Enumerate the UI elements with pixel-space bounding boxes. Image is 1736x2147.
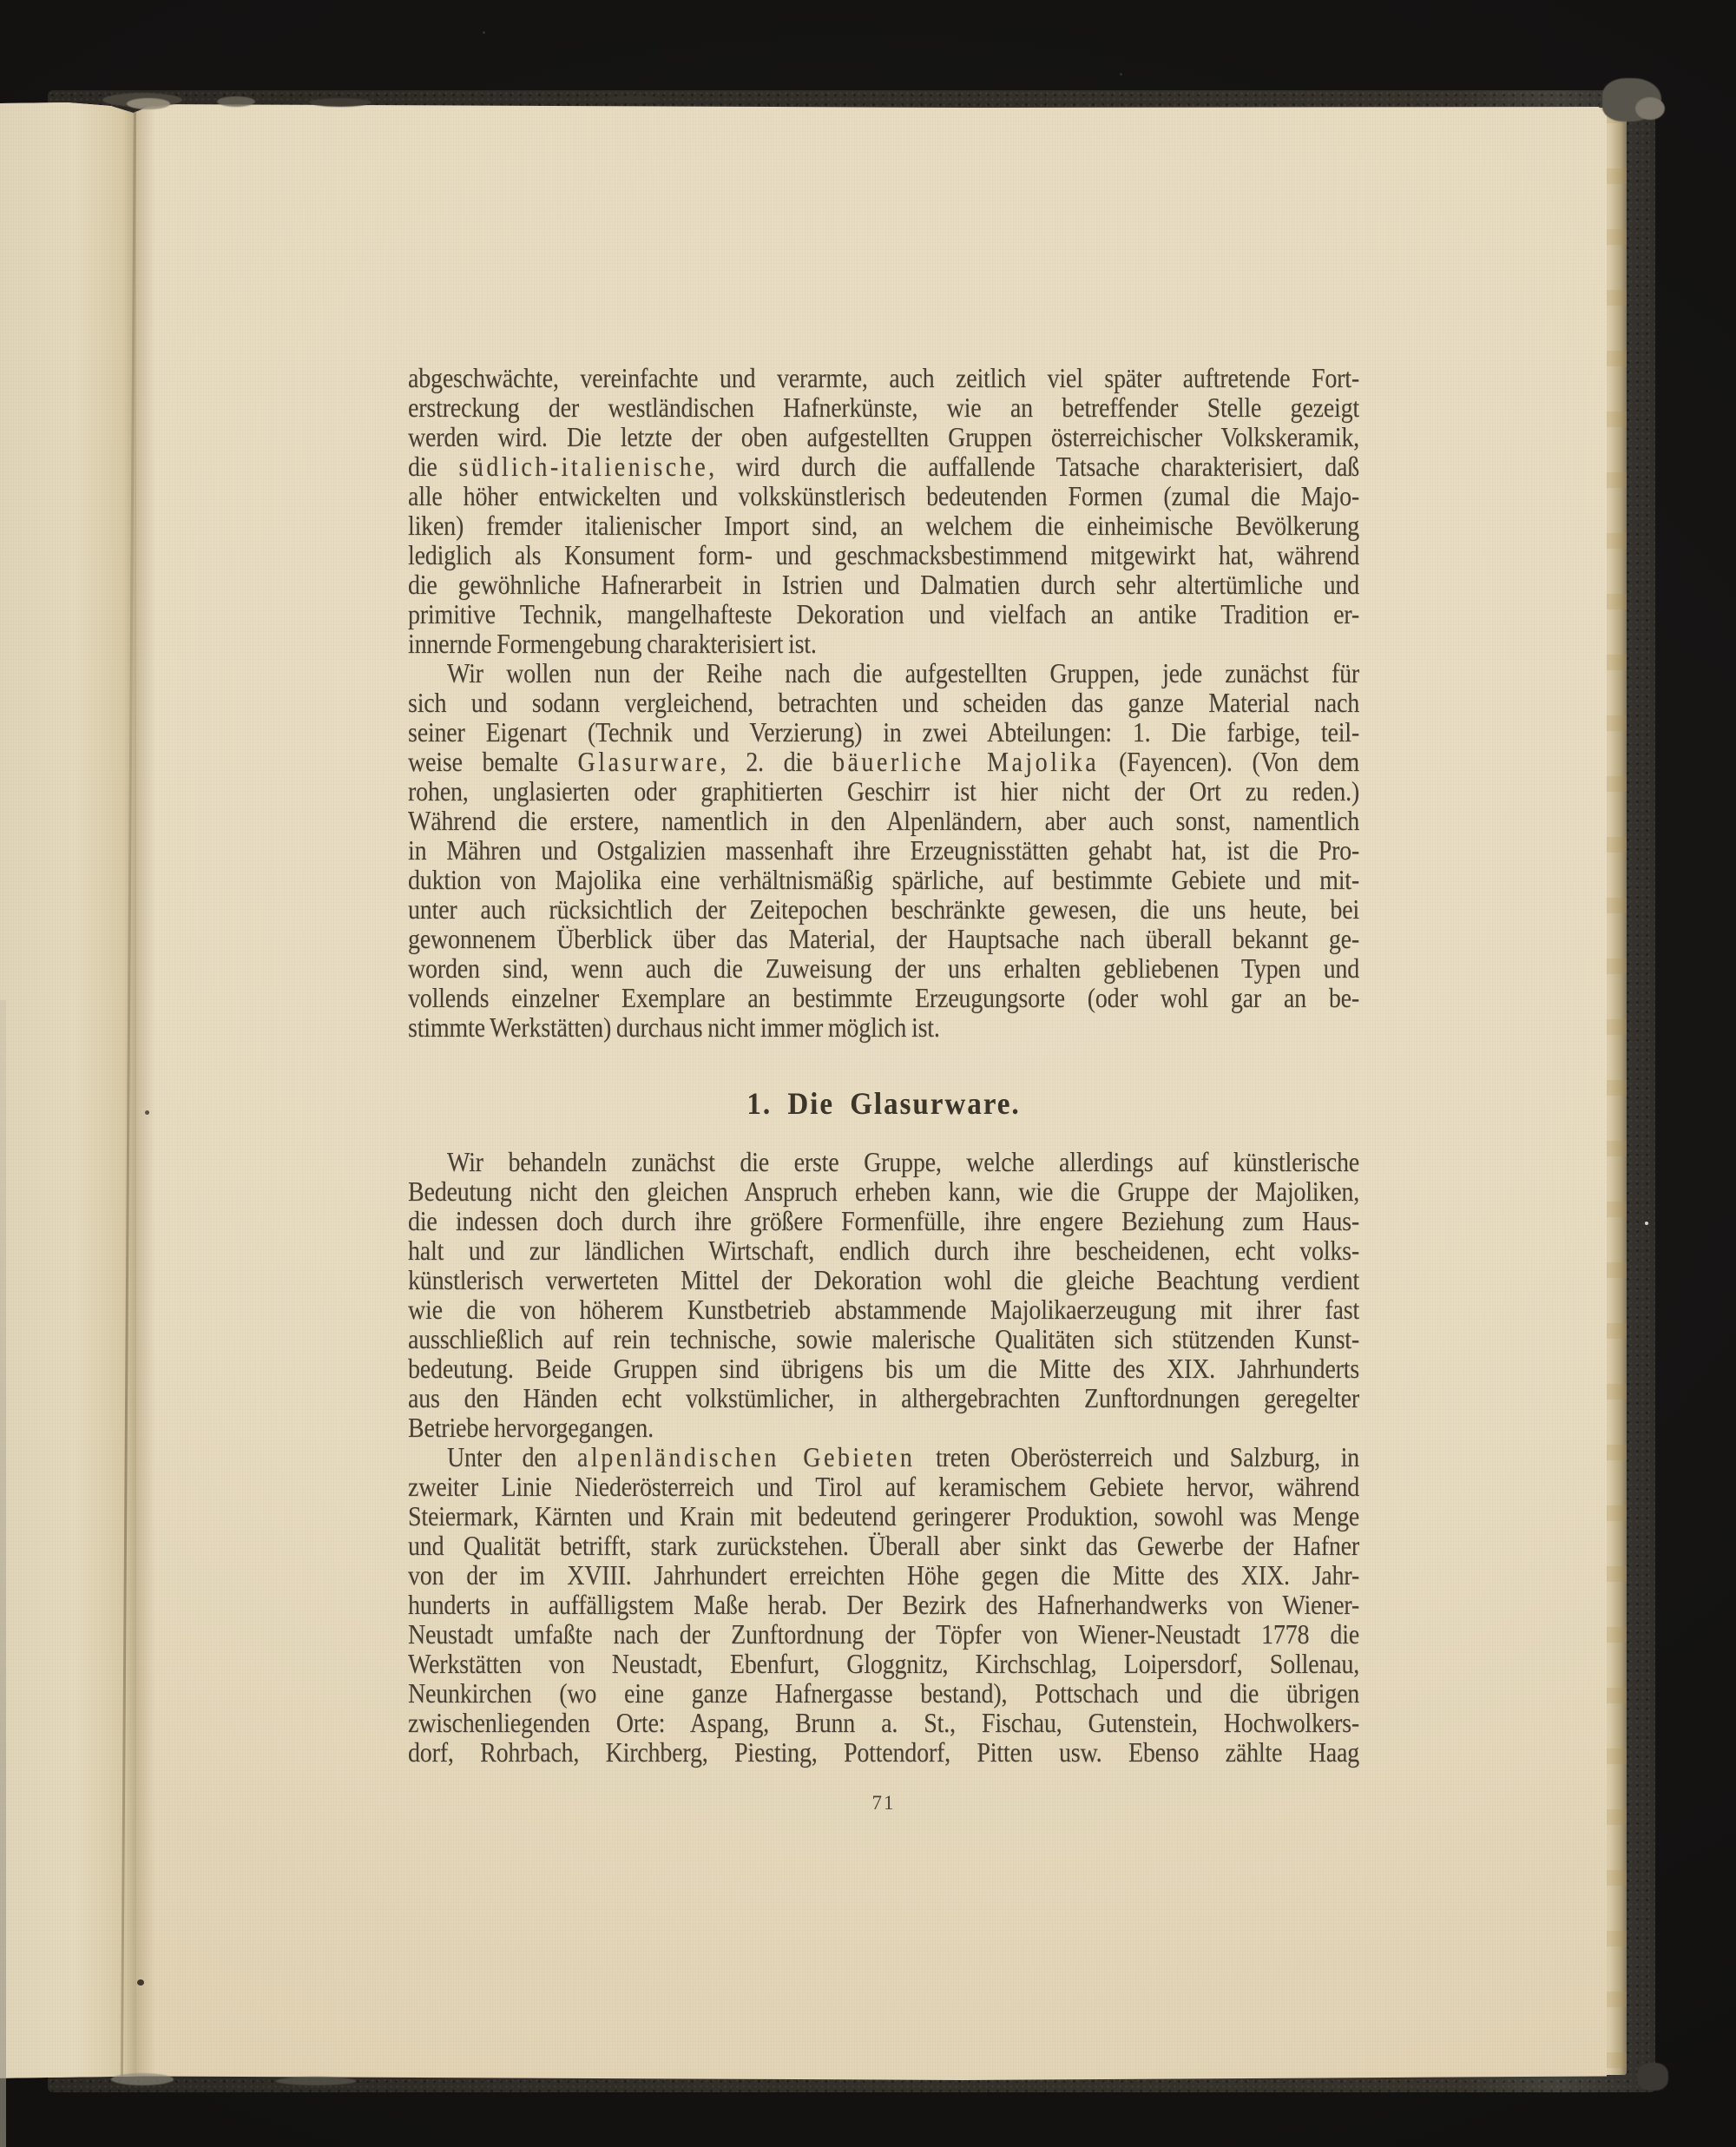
- text-line: Betriebe hervorgegangen.: [408, 1413, 1359, 1446]
- text-line: zwischenliegenden Orte: Aspang, Brunn a.…: [408, 1708, 1359, 1741]
- text-line: primitive Technik, mangelhafteste Dekora…: [408, 599, 1359, 632]
- dust-speck: [483, 31, 485, 34]
- torn-paper-fray: [276, 2077, 356, 2085]
- text-line: innernde Formengebung charakterisiert is…: [408, 629, 1359, 662]
- torn-paper-fray: [127, 98, 170, 109]
- text-line: Werkstätten von Neustadt, Ebenfurt, Glog…: [408, 1649, 1359, 1682]
- text-line: werden wird. Die letzte der oben aufgest…: [408, 422, 1359, 455]
- torn-paper-fray: [217, 96, 255, 107]
- paragraph-group-after-heading: Wir behandeln zunächst die erste Gruppe,…: [408, 1149, 1359, 1768]
- text-line: worden sind, wenn auch die Zuweisung der…: [408, 953, 1359, 986]
- text-line: rohen, unglasierten oder graphitierten G…: [408, 776, 1359, 809]
- text-line: abgeschwächte, vereinfachte und verarmte…: [408, 363, 1359, 396]
- text-line: die südlich-italienische, wird durch die…: [408, 451, 1359, 484]
- text-line: die gewöhnliche Hafnerarbeit in Istrien …: [408, 570, 1359, 603]
- text-line: wie die von höherem Kunstbetrieb abstamm…: [408, 1294, 1359, 1327]
- text-line: Bedeutung nicht den gleichen Anspruch er…: [408, 1176, 1359, 1209]
- text-line: lediglich als Konsument form- und geschm…: [408, 540, 1359, 573]
- text-line: erstreckung der westländischen Hafnerkün…: [408, 392, 1359, 425]
- letterspaced-text: Glasurware: [578, 747, 720, 778]
- text-line: Unter den alpenländischen Gebieten trete…: [408, 1442, 1359, 1475]
- text-line: alle höher entwickelten und volkskünstle…: [408, 481, 1359, 514]
- text-line: dorf, Rohrbach, Kirchberg, Piesting, Pot…: [408, 1737, 1359, 1770]
- letterspaced-text: bäuerliche Majolika: [832, 747, 1099, 778]
- text-line: Neunkirchen (wo eine ganze Hafnergasse b…: [408, 1678, 1359, 1711]
- text-line: stimmte Werkstätten) durchaus nicht imme…: [408, 1012, 1359, 1045]
- text-line: Wir wollen nun der Reihe nach die aufges…: [408, 658, 1359, 691]
- text-line: hunderts in auffälligstem Maße herab. De…: [408, 1590, 1359, 1623]
- text-line: duktion von Majolika eine verhältnismäßi…: [408, 865, 1359, 898]
- cover-corner-bump: [1637, 2063, 1668, 2091]
- photo-edge-strip: [0, 1000, 6, 2147]
- paragraph: abgeschwächte, vereinfachte und verarmte…: [408, 365, 1359, 660]
- letterspaced-text: südlich-italienische: [458, 452, 708, 483]
- paper-speck: [137, 1979, 144, 1986]
- page-number: 71: [408, 1792, 1359, 1814]
- torn-paper-fray: [309, 98, 372, 107]
- dust-speck: [1120, 73, 1122, 76]
- text-line: weise bemalte Glasurware, 2. die bäuerli…: [408, 747, 1359, 780]
- text-line: künstlerisch verwerteten Mittel der Deko…: [408, 1265, 1359, 1298]
- section-heading: 1. Die Glasurware.: [408, 1089, 1359, 1121]
- text-line: von der im XVIII. Jahrhundert erreichten…: [408, 1560, 1359, 1593]
- text-line: Wir behandeln zunächst die erste Gruppe,…: [408, 1147, 1359, 1180]
- paragraph: Unter den alpenländischen Gebieten trete…: [408, 1444, 1359, 1768]
- scanned-book-photo: abgeschwächte, vereinfachte und verarmte…: [0, 0, 1736, 2147]
- text-line: Während die erstere, namentlich in den A…: [408, 806, 1359, 839]
- text-line: und Qualität betrifft, stark zurückstehe…: [408, 1531, 1359, 1564]
- paragraph: Wir behandeln zunächst die erste Gruppe,…: [408, 1149, 1359, 1444]
- text-line: die indessen doch durch ihre größere For…: [408, 1206, 1359, 1239]
- text-block: abgeschwächte, vereinfachte und verarmte…: [408, 365, 1359, 1768]
- text-line: vollends einzelner Exemplare an bestimmt…: [408, 983, 1359, 1016]
- gutter-shadow: [136, 102, 159, 2080]
- frayed-cover-corner: [1635, 97, 1665, 120]
- paragraph-group-before-heading: abgeschwächte, vereinfachte und verarmte…: [408, 365, 1359, 1044]
- paper-speck: [1645, 1222, 1648, 1225]
- text-line: sich und sodann vergleichend, betrachten…: [408, 688, 1359, 721]
- text-line: unter auch rücksichtlich der Zeitepochen…: [408, 894, 1359, 927]
- text-line: ausschließlich auf rein technische, sowi…: [408, 1324, 1359, 1357]
- text-line: bedeutung. Beide Gruppen sind übrigens b…: [408, 1353, 1359, 1386]
- text-line: halt und zur ländlichen Wirtschaft, endl…: [408, 1235, 1359, 1268]
- text-line: Neustadt umfaßte nach der Zunftordnung d…: [408, 1619, 1359, 1652]
- paper-speck: [145, 1110, 149, 1115]
- text-line: zweiter Linie Niederösterreich und Tirol…: [408, 1472, 1359, 1505]
- text-line: Steiermark, Kärnten und Krain mit bedeut…: [408, 1501, 1359, 1534]
- text-line: aus den Händen echt volkstümlicher, in a…: [408, 1383, 1359, 1416]
- text-line: liken) fremder italienischer Import sind…: [408, 510, 1359, 543]
- letterspaced-text: alpenländischen Gebieten: [577, 1443, 915, 1473]
- facing-page-strip: [0, 102, 136, 2080]
- torn-paper-fray: [608, 95, 660, 103]
- torn-paper-fray: [111, 2073, 174, 2085]
- text-line: in Mähren und Ostgalizien massenhaft ihr…: [408, 835, 1359, 868]
- text-line: gewonnenem Überblick über das Material, …: [408, 924, 1359, 957]
- text-line: seiner Eigenart (Technik und Verzierung)…: [408, 717, 1359, 750]
- paragraph: Wir wollen nun der Reihe nach die aufges…: [408, 660, 1359, 1044]
